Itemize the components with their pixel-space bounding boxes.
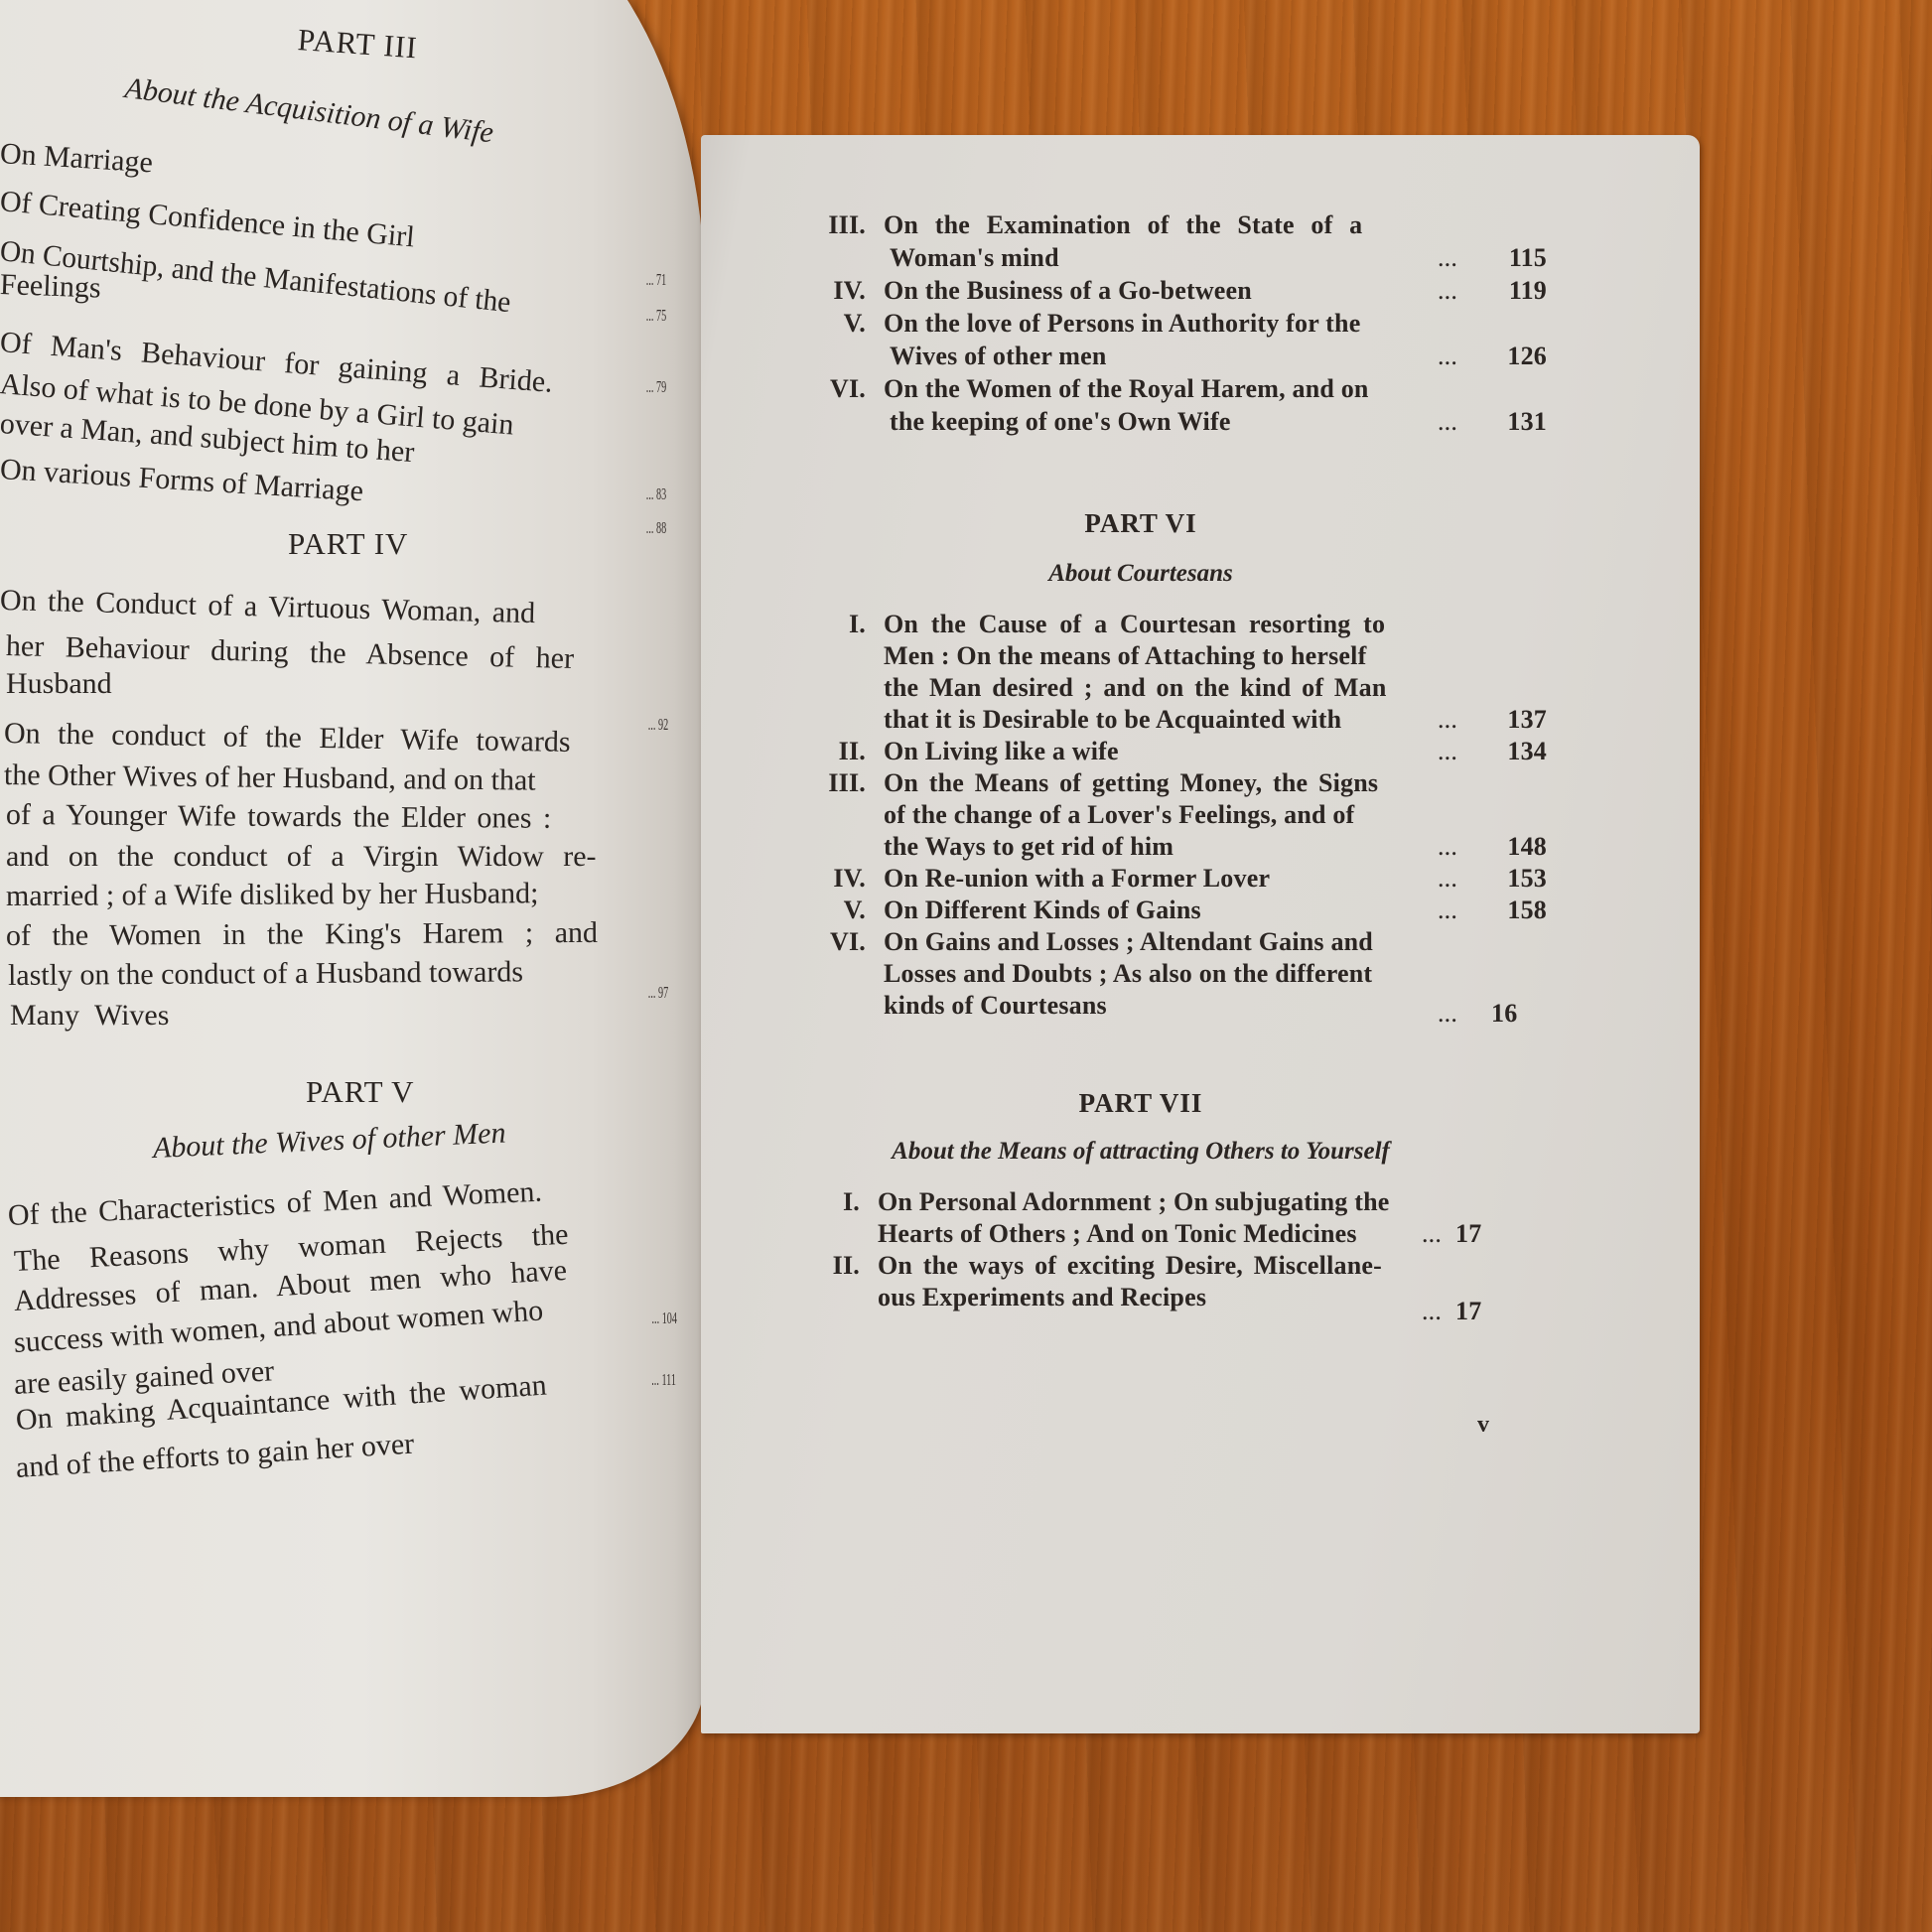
page-folio: v — [1477, 1412, 1489, 1439]
entry-title: On the Women of the Royal Harem, and on — [884, 372, 1410, 405]
page-number: 115 — [1477, 241, 1547, 274]
page-ref: ... 71 — [646, 270, 666, 290]
page-number: 119 — [1477, 274, 1547, 307]
page-ref: ... 79 — [646, 377, 666, 397]
entry-title: the Ways to get rid of him — [884, 830, 1410, 863]
entry-number: II. — [806, 735, 866, 767]
leader-dots: ... — [1412, 1295, 1451, 1327]
entry-title: ous Experiments and Recipes — [878, 1281, 1404, 1313]
entry-number: I. — [800, 1185, 860, 1218]
part-heading: PART VII — [641, 1088, 1640, 1119]
entry-title: Wives of other men — [890, 340, 1416, 372]
left-page: PART III About the Acquisition of a Wife… — [0, 0, 715, 1932]
part-subtitle: About the Means of attracting Others to … — [641, 1138, 1640, 1166]
entry-title: On Living like a wife — [884, 735, 1410, 767]
leader-dots: ... — [1428, 274, 1467, 307]
page-ref: ... 83 — [646, 484, 666, 504]
toc-line: of the Women in the King's Harem ; and — [6, 916, 598, 953]
entry-title: On the love of Persons in Authority for … — [884, 307, 1410, 340]
entry-title: On Different Kinds of Gains — [884, 894, 1410, 926]
page-number: 17 — [1455, 1217, 1515, 1250]
leader-dots: ... — [1428, 241, 1467, 274]
entry-title: On the Means of getting Money, the Signs — [884, 766, 1410, 799]
leader-dots: ... — [1412, 1217, 1451, 1250]
leader-dots: ... — [1428, 862, 1467, 895]
page-number: 126 — [1477, 340, 1547, 372]
entry-title: that it is Desirable to be Acquainted wi… — [884, 703, 1410, 736]
entry-number: III. — [806, 208, 866, 241]
entry-number: I. — [806, 608, 866, 640]
part-heading: PART VI — [641, 508, 1640, 539]
entry-number: V. — [806, 307, 866, 340]
page-ref: ... 97 — [648, 983, 668, 1003]
entry-title: of the change of a Lover's Feelings, and… — [884, 798, 1410, 831]
entry-number: III. — [806, 766, 866, 799]
page-number: 137 — [1477, 703, 1547, 736]
toc-line: the Other Wives of her Husband, and on t… — [4, 759, 536, 798]
entry-title: On the Business of a Go-between — [884, 274, 1410, 307]
page-ref: ... 111 — [651, 1370, 676, 1390]
toc-line: Many Wives — [10, 999, 169, 1033]
right-page: III. On the Examination of the State of … — [701, 135, 1700, 1733]
toc-line: lastly on the conduct of a Husband towar… — [8, 955, 523, 993]
page-number: 17 — [1455, 1295, 1515, 1327]
entry-title: On Re-union with a Former Lover — [884, 862, 1410, 895]
entry-title: Hearts of Others ; And on Tonic Medicine… — [878, 1217, 1404, 1250]
page-number: 153 — [1477, 862, 1547, 895]
entry-number: VI. — [806, 925, 866, 958]
page-number: 16 — [1491, 997, 1561, 1030]
entry-title: On the ways of exciting Desire, Miscella… — [878, 1249, 1404, 1282]
toc-line: and on the conduct of a Virgin Widow re- — [6, 840, 597, 874]
toc-line: Husband — [6, 667, 112, 701]
leader-dots: ... — [1428, 894, 1467, 926]
toc-line: married ; of a Wife disliked by her Husb… — [6, 877, 539, 913]
entry-title: the Man desired ; and on the kind of Man — [884, 671, 1410, 704]
toc-line: of a Younger Wife towards the Elder ones… — [6, 798, 552, 836]
leader-dots: ... — [1428, 703, 1467, 736]
entry-number: IV. — [806, 274, 866, 307]
entry-number: II. — [800, 1249, 860, 1282]
leader-dots: ... — [1428, 997, 1467, 1030]
entry-title: On the Cause of a Courtesan resorting to — [884, 608, 1410, 640]
part-heading: PART V — [306, 1074, 415, 1110]
part-heading: PART IV — [288, 526, 408, 562]
entry-title: Men : On the means of Attaching to herse… — [884, 639, 1410, 672]
entry-title: Losses and Doubts ; As also on the diffe… — [884, 957, 1410, 990]
page-ref: ... 75 — [646, 306, 666, 326]
entry-title: kinds of Courtesans — [884, 989, 1410, 1022]
leader-dots: ... — [1428, 405, 1467, 438]
page-number: 148 — [1477, 830, 1547, 863]
entry-number: IV. — [806, 862, 866, 895]
part-subtitle: About Courtesans — [641, 560, 1640, 588]
entry-title: On Personal Adornment ; On subjugating t… — [878, 1185, 1404, 1218]
page-number: 158 — [1477, 894, 1547, 926]
page-ref: ... 104 — [652, 1309, 678, 1328]
entry-title: the keeping of one's Own Wife — [890, 405, 1416, 438]
entry-title: On Gains and Losses ; Altendant Gains an… — [884, 925, 1410, 958]
page-ref: ... 92 — [648, 715, 668, 735]
entry-number: VI. — [806, 372, 866, 405]
page-number: 134 — [1477, 735, 1547, 767]
entry-number: V. — [806, 894, 866, 926]
toc-line: Feelings — [0, 268, 101, 306]
entry-title: Woman's mind — [890, 241, 1416, 274]
leader-dots: ... — [1428, 340, 1467, 372]
page-number: 131 — [1477, 405, 1547, 438]
leader-dots: ... — [1428, 735, 1467, 767]
entry-title: On the Examination of the State of a — [884, 208, 1410, 241]
leader-dots: ... — [1428, 830, 1467, 863]
